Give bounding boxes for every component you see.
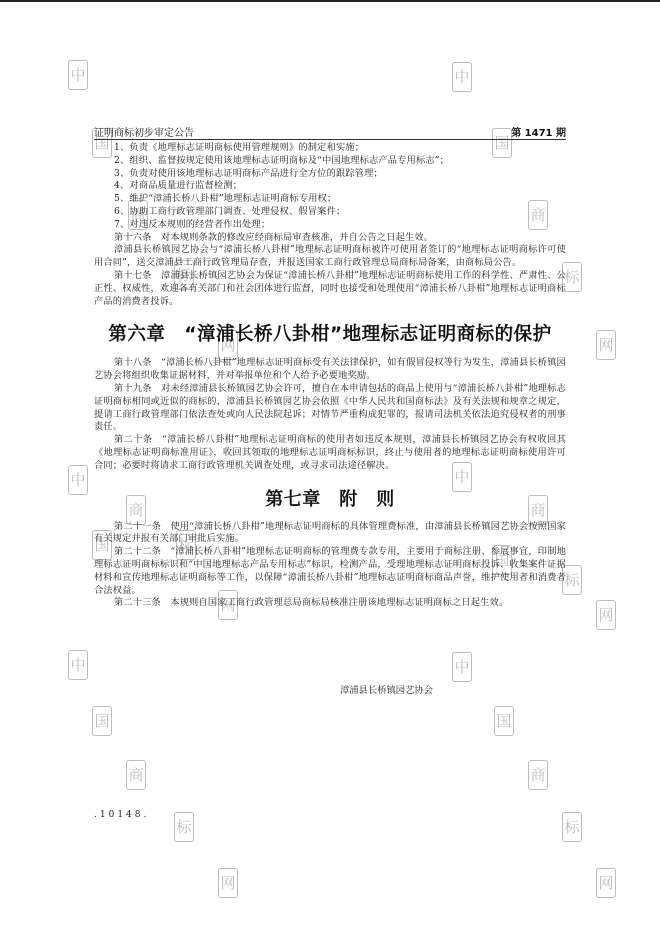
body-text: 1、负责《地理标志证明商标使用管理规则》的制定和实施； 2、组织、监督按规定使用… (94, 142, 566, 308)
chapter-7-heading: 第七章 附 则 (94, 485, 566, 511)
publication-title: 证明商标初步审定公告 (94, 124, 194, 139)
watermark-char: 网 (596, 330, 616, 360)
watermark-char: 商 (126, 760, 146, 790)
duty-item: 6、协助工商行政管理部门调查、处理侵权、假冒案件； (94, 206, 566, 219)
article-19: 第十九条 对未经漳浦县长桥镇园艺协会许可，擅自在本申请包括的商品上使用与“漳浦长… (94, 383, 566, 434)
watermark-char: 中 (68, 60, 88, 90)
article-16: 第十六条 对本规则条款的修改应经商标局审查核准，并自公告之日起生效。 (94, 232, 566, 245)
duty-item: 3、负责对使用该地理标志证明商标产品进行全方位的跟踪管理； (94, 168, 566, 181)
watermark-char: 国 (92, 706, 112, 736)
watermark-char: 中 (452, 652, 472, 682)
watermark-char: 网 (596, 600, 616, 630)
page-number: .10148. (94, 810, 149, 820)
chapter-6-heading: 第六章 “漳浦长桥八卦柑”地理标志证明商标的保护 (94, 320, 566, 346)
article-18: 第十八条 “漳浦长桥八卦柑”地理标志证明商标受有关法律保护，如有假冒侵权等行为发… (94, 357, 566, 383)
duty-item: 1、负责《地理标志证明商标使用管理规则》的制定和实施； (94, 142, 566, 155)
article-20: 第二十条 “漳浦长桥八卦柑”地理标志证明商标的使用者如违反本规则，漳浦县长桥镇园… (94, 434, 566, 472)
watermark-char: 网 (596, 868, 616, 898)
article-23: 第二十三条 本规则自国家工商行政管理总局商标局核准注册该地理标志证明商标之日起生… (94, 597, 566, 610)
watermark-char: 标 (562, 812, 582, 842)
article-17: 第十七条 漳浦县长桥镇园艺协会为保证“漳浦长桥八卦柑”地理标志证明商标使用工作的… (94, 270, 566, 308)
watermark-char: 中 (68, 650, 88, 680)
issue-number: 第 1471 期 (511, 124, 566, 139)
license-contract-paragraph: 漳浦县长桥镇园艺协会与“漳浦长桥八卦柑”地理标志证明商标被许可使用者签订的“地理… (94, 244, 566, 270)
duty-item: 2、组织、监督按规定使用该地理标志证明商标及“中国地理标志产品专用标志”； (94, 155, 566, 168)
running-header: 证明商标初步审定公告 第 1471 期 (94, 120, 566, 140)
article-21: 第二十一条 使用“漳浦长桥八卦柑”地理标志证明商标的具体管理费标准，由漳浦县长桥… (94, 521, 566, 547)
top-border-line (0, 0, 660, 2)
watermark-char: 中 (452, 62, 472, 92)
document-page: 证明商标初步审定公告 第 1471 期 1、负责《地理标志证明商标使用管理规则》… (94, 120, 566, 610)
watermark-char: 中 (68, 465, 88, 495)
duty-item: 4、对商品质量进行监督检测； (94, 180, 566, 193)
chapter-6-body: 第十八条 “漳浦长桥八卦柑”地理标志证明商标受有关法律保护，如有假冒侵权等行为发… (94, 357, 566, 472)
watermark-char: 国 (494, 706, 514, 736)
watermark-char: 商 (528, 760, 548, 790)
duty-item: 7、对违反本规则的经营者作出处理； (94, 219, 566, 232)
duty-item: 5、维护“漳浦长桥八卦柑”地理标志证明商标专用权； (94, 193, 566, 206)
chapter-7-body: 第二十一条 使用“漳浦长桥八卦柑”地理标志证明商标的具体管理费标准，由漳浦县长桥… (94, 521, 566, 611)
watermark-char: 网 (218, 868, 238, 898)
watermark-char: 标 (174, 812, 194, 842)
article-22: 第二十二条 “漳浦长桥八卦柑”地理标志证明商标的管理费专款专用，主要用于商标注册… (94, 546, 566, 597)
issuer-signature: 漳浦县长桥镇园艺协会 (340, 682, 433, 696)
